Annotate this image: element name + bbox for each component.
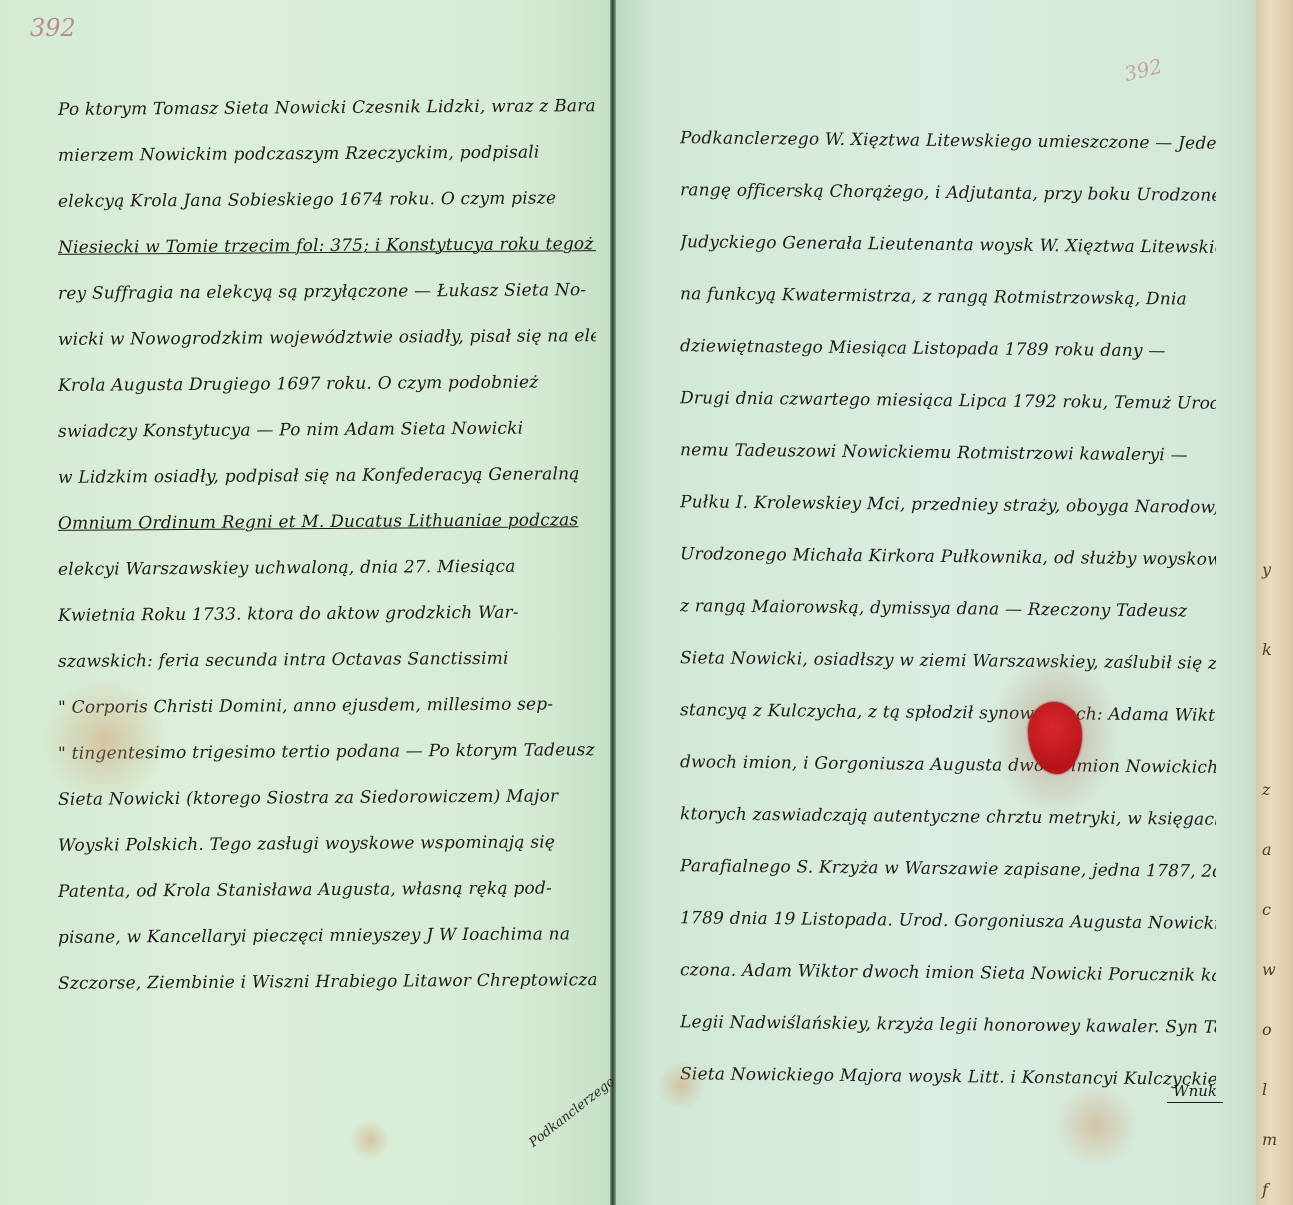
text-line: nemu Tadeuszowi Nowickiemu Rotmistrzowi …	[680, 424, 1217, 482]
text-line: Woyski Polskich. Tego zasługi woyskowe w…	[58, 819, 596, 869]
text-line: czona. Adam Wiktor dwoch imion Sieta Now…	[680, 944, 1217, 1002]
text-line: Kwietnia Roku 1733. ktora do aktow grodz…	[58, 589, 596, 639]
edge-fragment: y	[1262, 560, 1271, 579]
next-page-edge: y k z a c w o l m f	[1256, 0, 1293, 1205]
text-line: elekcyi Warszawskiey uchwaloną, dnia 27.…	[58, 543, 596, 593]
text-line: Urodzonego Michała Kirkora Pułkownika, o…	[680, 528, 1217, 586]
edge-fragment: l	[1262, 1080, 1267, 1099]
text-line: elekcyą Krola Jana Sobieskiego 1674 roku…	[58, 175, 596, 225]
text-line: Judyckiego Generała Lieutenanta woysk W.…	[680, 216, 1217, 274]
paper-stain	[1056, 1080, 1136, 1170]
text-line: dwoch imion, i Gorgoniusza Augusta dwoch…	[680, 736, 1217, 794]
text-line: wicki w Nowogrodzkim województwie osiadł…	[58, 313, 596, 363]
text-line: Podkanclerzego W. Xięztwa Litewskiego um…	[680, 112, 1217, 170]
text-line: Omnium Ordinum Regni et M. Ducatus Lithu…	[58, 497, 596, 547]
text-line: swiadczy Konstytucya — Po nim Adam Sieta…	[58, 405, 596, 455]
edge-fragment: k	[1262, 640, 1272, 659]
text-line: na funkcyą Kwatermistrza, z rangą Rotmis…	[680, 268, 1217, 326]
text-line: Drugi dnia czwartego miesiąca Lipca 1792…	[680, 372, 1217, 430]
margin-note: Podkanclerzego	[526, 1074, 618, 1150]
edge-fragment: z	[1262, 780, 1270, 799]
text-line: Szczorse, Ziembinie i Wiszni Hrabiego Li…	[58, 957, 596, 1007]
edge-fragment: a	[1262, 840, 1272, 859]
text-line: Legii Nadwiślańskiey, krzyża legii honor…	[680, 996, 1217, 1054]
text-line: Niesiecki w Tomie trzecim fol: 375; i Ko…	[58, 221, 596, 271]
folio-number-right: 392	[1122, 54, 1165, 87]
edge-fragment: f	[1262, 1180, 1268, 1199]
text-line: rangę officerską Chorążego, i Adjutanta,…	[680, 164, 1217, 222]
text-line: pisane, w Kancellaryi pieczęci mnieyszey…	[58, 911, 596, 961]
text-line: mierzem Nowickim podczaszym Rzeczyckim, …	[58, 129, 596, 179]
text-line: Pułku I. Krolewskiey Mci, przedniey stra…	[680, 476, 1217, 534]
edge-fragment: w	[1262, 960, 1276, 979]
text-line: 1789 dnia 19 Listopada. Urod. Gorgoniusz…	[680, 892, 1217, 950]
text-line: w Lidzkim osiadły, podpisał się na Konfe…	[58, 451, 596, 501]
text-line: ktorych zaswiadczają autentyczne chrztu …	[680, 788, 1217, 846]
text-line: Po ktorym Tomasz Sieta Nowicki Czesnik L…	[58, 83, 596, 133]
text-line: Sieta Nowickiego Majora woysk Litt. i Ko…	[680, 1048, 1217, 1106]
paper-stain	[350, 1120, 390, 1160]
text-line: stancyą z Kulczycha, z tą spłodził synow…	[680, 684, 1217, 742]
edge-fragment: m	[1262, 1130, 1277, 1149]
folio-number-left: 392	[30, 14, 76, 42]
manuscript-spread: 392 Po ktorym Tomasz Sieta Nowicki Czesn…	[0, 0, 1293, 1205]
text-line: szawskich: feria secunda intra Octavas S…	[58, 635, 596, 685]
text-line: Patenta, od Krola Stanisława Augusta, wł…	[58, 865, 596, 915]
text-line: rey Suffragia na elekcyą są przyłączone …	[58, 267, 596, 317]
text-line: Sieta Nowicki, osiadłszy w ziemi Warszaw…	[680, 632, 1217, 690]
text-line: Krola Augusta Drugiego 1697 roku. O czym…	[58, 359, 596, 409]
signature: Wnuk	[1167, 1082, 1223, 1103]
edge-fragment: o	[1262, 1020, 1272, 1039]
text-line: dziewiętnastego Miesiąca Listopada 1789 …	[680, 320, 1217, 378]
right-page: 392 Podkanclerzego W. Xięztwa Litewskieg…	[616, 0, 1256, 1205]
paper-stain	[40, 680, 170, 800]
edge-fragment: c	[1262, 900, 1271, 919]
paper-stain	[656, 1060, 706, 1110]
left-page: 392 Po ktorym Tomasz Sieta Nowicki Czesn…	[0, 0, 610, 1205]
text-line: Parafialnego S. Krzyża w Warszawie zapis…	[680, 840, 1217, 898]
text-line: z rangą Maiorowską, dymissya dana — Rzec…	[680, 580, 1217, 638]
